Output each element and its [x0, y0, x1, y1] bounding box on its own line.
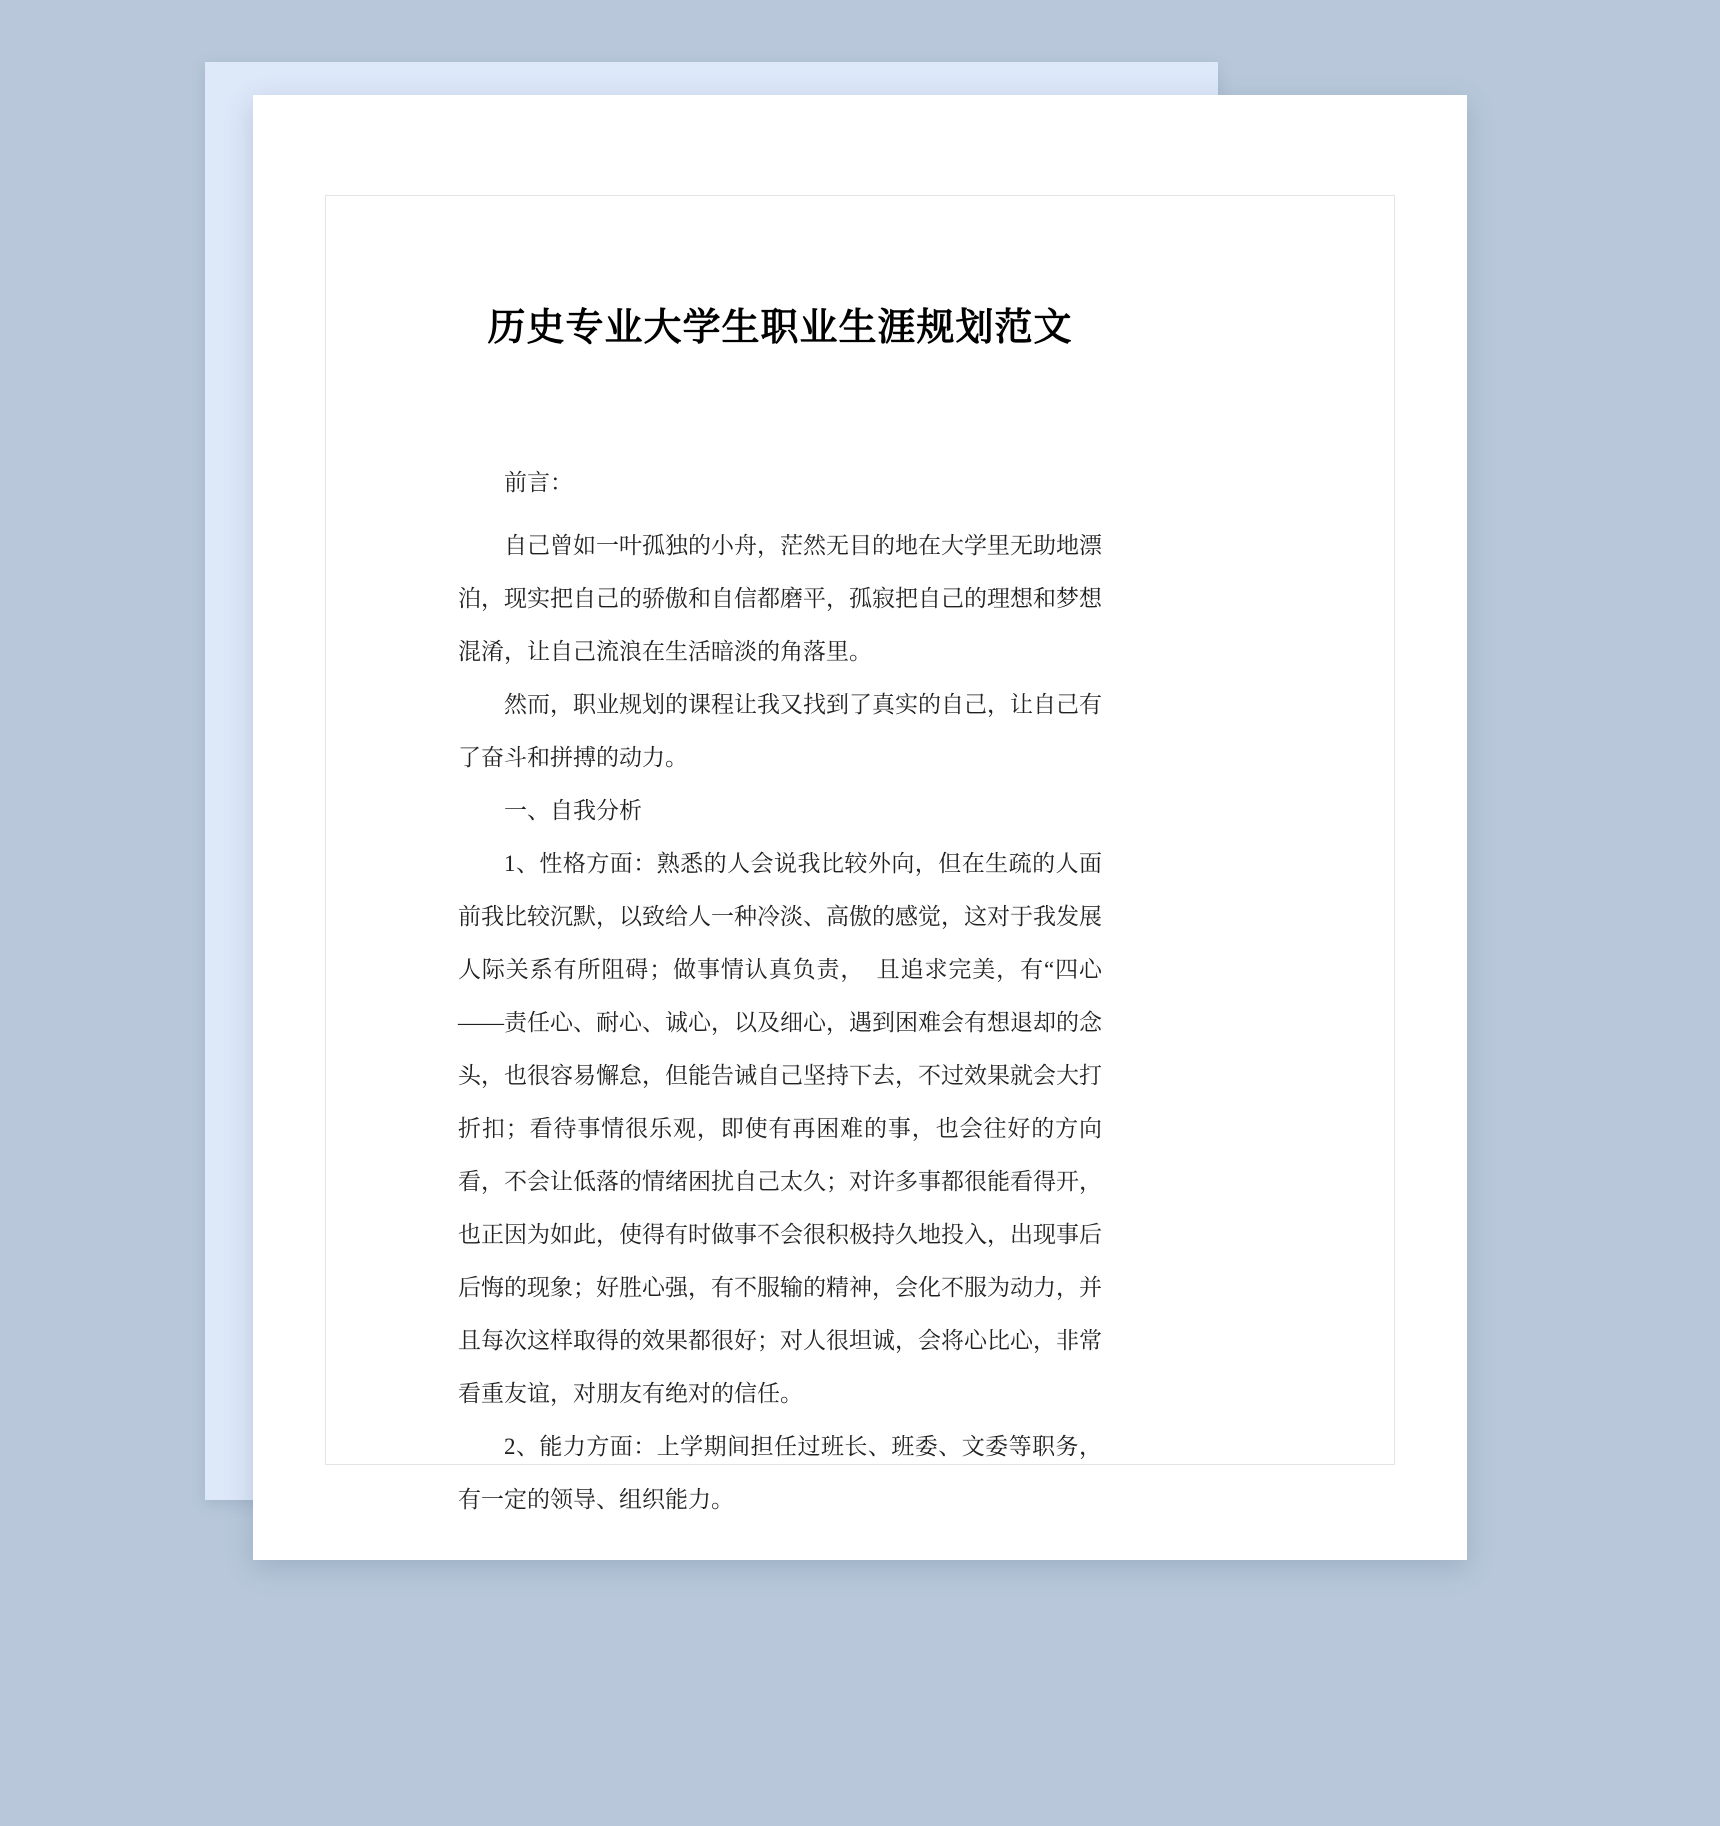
paragraph: 2、能力方面：上学期间担任过班长、班委、文委等职务，有一定的领导、组织能力。 — [458, 1420, 1102, 1526]
document-page: 历史专业大学生职业生涯规划范文 前言： 自己曾如一叶孤独的小舟，茫然无目的地在大… — [253, 95, 1467, 1560]
paragraph-preface-label: 前言： — [458, 456, 1102, 509]
document-content: 历史专业大学生职业生涯规划范文 前言： 自己曾如一叶孤独的小舟，茫然无目的地在大… — [458, 300, 1102, 1526]
canvas: { "colors": { "canvas_background": "#b8c… — [0, 0, 1720, 1826]
section-heading: 一、自我分析 — [458, 784, 1102, 837]
paragraph: 1、性格方面：熟悉的人会说我比较外向，但在生疏的人面前我比较沉默，以致给人一种冷… — [458, 837, 1102, 1420]
paragraph: 然而，职业规划的课程让我又找到了真实的自己，让自己有了奋斗和拼搏的动力。 — [458, 678, 1102, 784]
document-title: 历史专业大学生职业生涯规划范文 — [458, 300, 1102, 356]
paragraph: 自己曾如一叶孤独的小舟，茫然无目的地在大学里无助地漂泊，现实把自己的骄傲和自信都… — [458, 519, 1102, 678]
